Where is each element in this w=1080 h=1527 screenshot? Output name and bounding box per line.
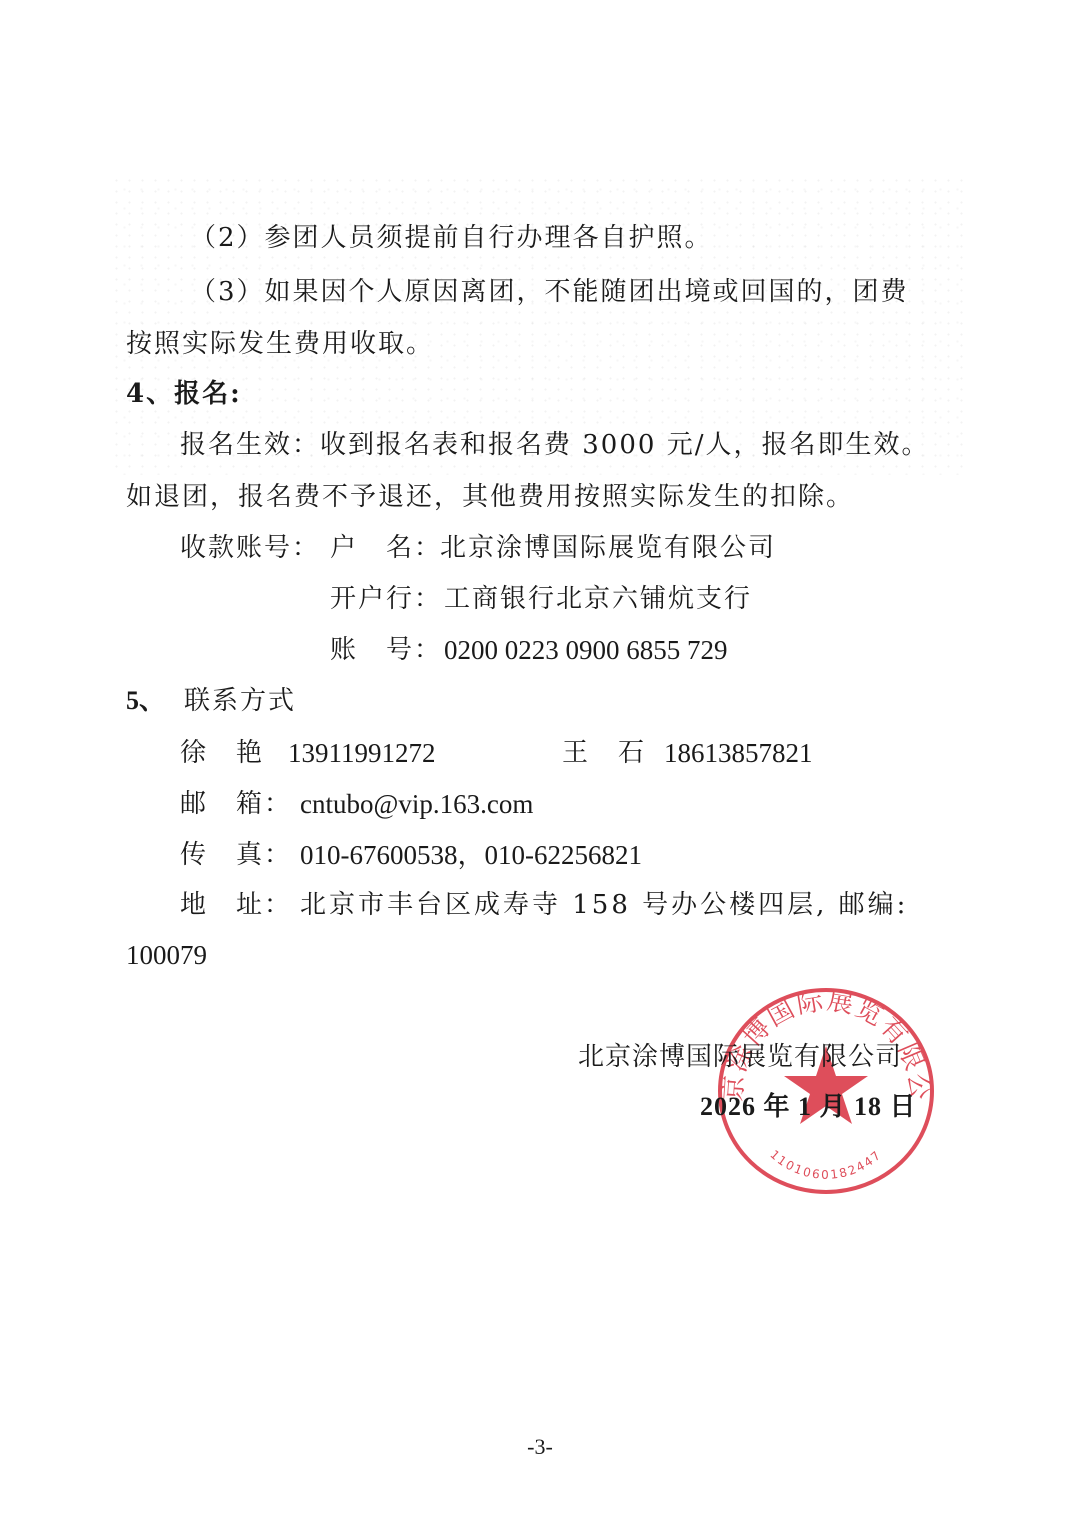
email-value: cntubo@vip.163.com [300, 787, 533, 821]
section-5-heading: 联系方式 [184, 684, 296, 718]
account-number-label: 账 号： [330, 633, 442, 667]
page-number: -3- [0, 1434, 1080, 1460]
account-number-value: 0200 0223 0900 6855 729 [444, 633, 728, 667]
fax-value: 010-67600538，010-62256821 [300, 838, 642, 872]
postcode-value: 100079 [126, 938, 207, 972]
address-label: 地 址： [180, 888, 292, 922]
address-value: 北京市丰台区成寿寺 158 号办公楼四层, 邮编: [300, 888, 908, 922]
fax-label: 传 真： [180, 838, 292, 872]
item-3-line-2: 按照实际发生费用收取。 [126, 327, 434, 361]
signature-date: 2026 年 1 月 18 日 [700, 1090, 917, 1124]
registration-effective-line-1: 报名生效：收到报名表和报名费 3000 元/人，报名即生效。 [180, 428, 929, 462]
document-page: （2）参团人员须提前自行办理各自护照。 （3）如果因个人原因离团，不能随团出境或… [0, 0, 1080, 1527]
registration-effective-line-2: 如退团，报名费不予退还，其他费用按照实际发生的扣除。 [126, 480, 854, 514]
contact-2-phone: 18613857821 [664, 736, 813, 770]
bank-value: 工商银行北京六铺炕支行 [444, 582, 752, 616]
contact-1-name: 徐 艳 [180, 736, 264, 770]
bank-label: 开户行： [330, 582, 442, 616]
item-3-line-1: （3）如果因个人原因离团，不能随团出境或回国的，团费 [190, 275, 909, 309]
signature-company: 北京涂博国际展览有限公司 [578, 1040, 902, 1074]
email-label: 邮 箱： [180, 787, 292, 821]
contact-2-name: 王 石 [562, 736, 646, 770]
stamp-code-text: 1101060182447 [767, 1147, 884, 1182]
svg-text:1101060182447: 1101060182447 [767, 1147, 884, 1182]
contact-1-phone: 13911991272 [288, 736, 436, 770]
item-2-text: （2）参团人员须提前自行办理各自护照。 [190, 221, 713, 255]
account-holder-label: 户 名： [330, 531, 442, 565]
account-label: 收款账号： [180, 531, 320, 565]
section-5-number: 5、 [126, 684, 165, 718]
section-4-heading: 4、报名: [126, 377, 242, 411]
account-holder-value: 北京涂博国际展览有限公司 [440, 531, 776, 565]
